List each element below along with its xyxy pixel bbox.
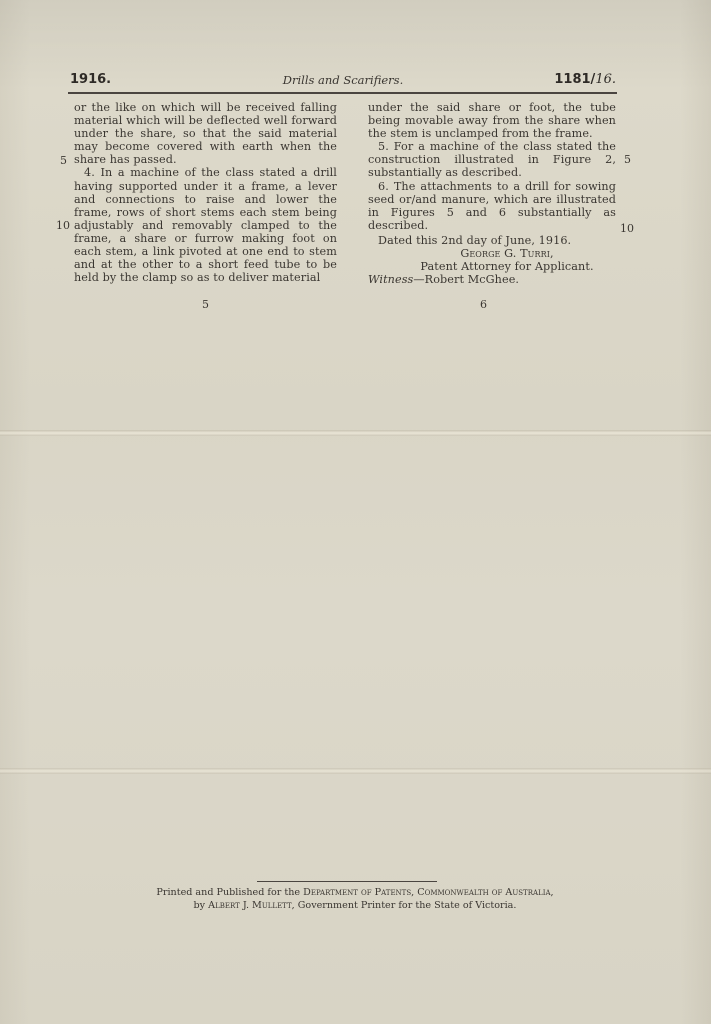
running-header: 1916. Drills and Scarifiers. 1181/16. xyxy=(70,72,616,92)
claim-6: 6. The attachments to a drill for sowing… xyxy=(368,180,616,232)
imprint-printer-name: Albert J. Mullett, xyxy=(208,900,295,911)
imprint-text: Printed and Published for the xyxy=(156,887,303,898)
patent-number: 1181/ xyxy=(554,72,595,87)
right-continuation-text: under the said share or foot, the tube b… xyxy=(368,101,616,140)
witness-label: Witness xyxy=(368,273,413,286)
page-number-right: 6 xyxy=(480,298,487,311)
witness-name: —Robert McGhee. xyxy=(413,273,519,286)
imprint-line-1: Printed and Published for the Department… xyxy=(100,887,610,900)
line-number-5-left: 5 xyxy=(60,154,67,167)
header-title: Drills and Scarifiers. xyxy=(70,73,616,87)
claim-5: 5. For a machine of the class stated the… xyxy=(368,140,616,179)
imprint-line-2: by Albert J. Mullett, Government Printer… xyxy=(100,900,610,913)
imprint-text: by xyxy=(194,900,209,911)
paper-fold-upper xyxy=(0,430,711,436)
right-column: under the said share or foot, the tube b… xyxy=(368,101,616,286)
signatory-role: Patent Attorney for Applicant. xyxy=(368,260,616,273)
left-continuation-text: or the like on which will be received fa… xyxy=(74,101,337,166)
line-number-10-right: 10 xyxy=(620,222,634,235)
patent-year-suffix: 16. xyxy=(595,72,616,87)
signatory-name: George G. Turri, xyxy=(368,247,616,260)
dated-line: Dated this 2nd day of June, 1916. xyxy=(368,234,616,247)
header-rule xyxy=(68,92,617,94)
left-column: or the like on which will be received fa… xyxy=(74,101,337,284)
page-number-left: 5 xyxy=(202,298,209,311)
imprint-text: Government Printer for the State of Vict… xyxy=(295,900,517,911)
footer-rule xyxy=(257,881,437,882)
imprint-department: Department of Patents, Commonwealth of A… xyxy=(303,887,553,898)
line-number-10-left: 10 xyxy=(56,219,70,232)
claim-4: 4. In a machine of the class stated a dr… xyxy=(74,166,337,284)
printer-imprint: Printed and Published for the Department… xyxy=(100,887,610,912)
paper-fold-lower xyxy=(0,768,711,774)
line-number-5-right: 5 xyxy=(624,153,631,166)
witness-line: Witness—Robert McGhee. xyxy=(368,273,616,286)
header-patent-number: 1181/16. xyxy=(554,72,616,87)
